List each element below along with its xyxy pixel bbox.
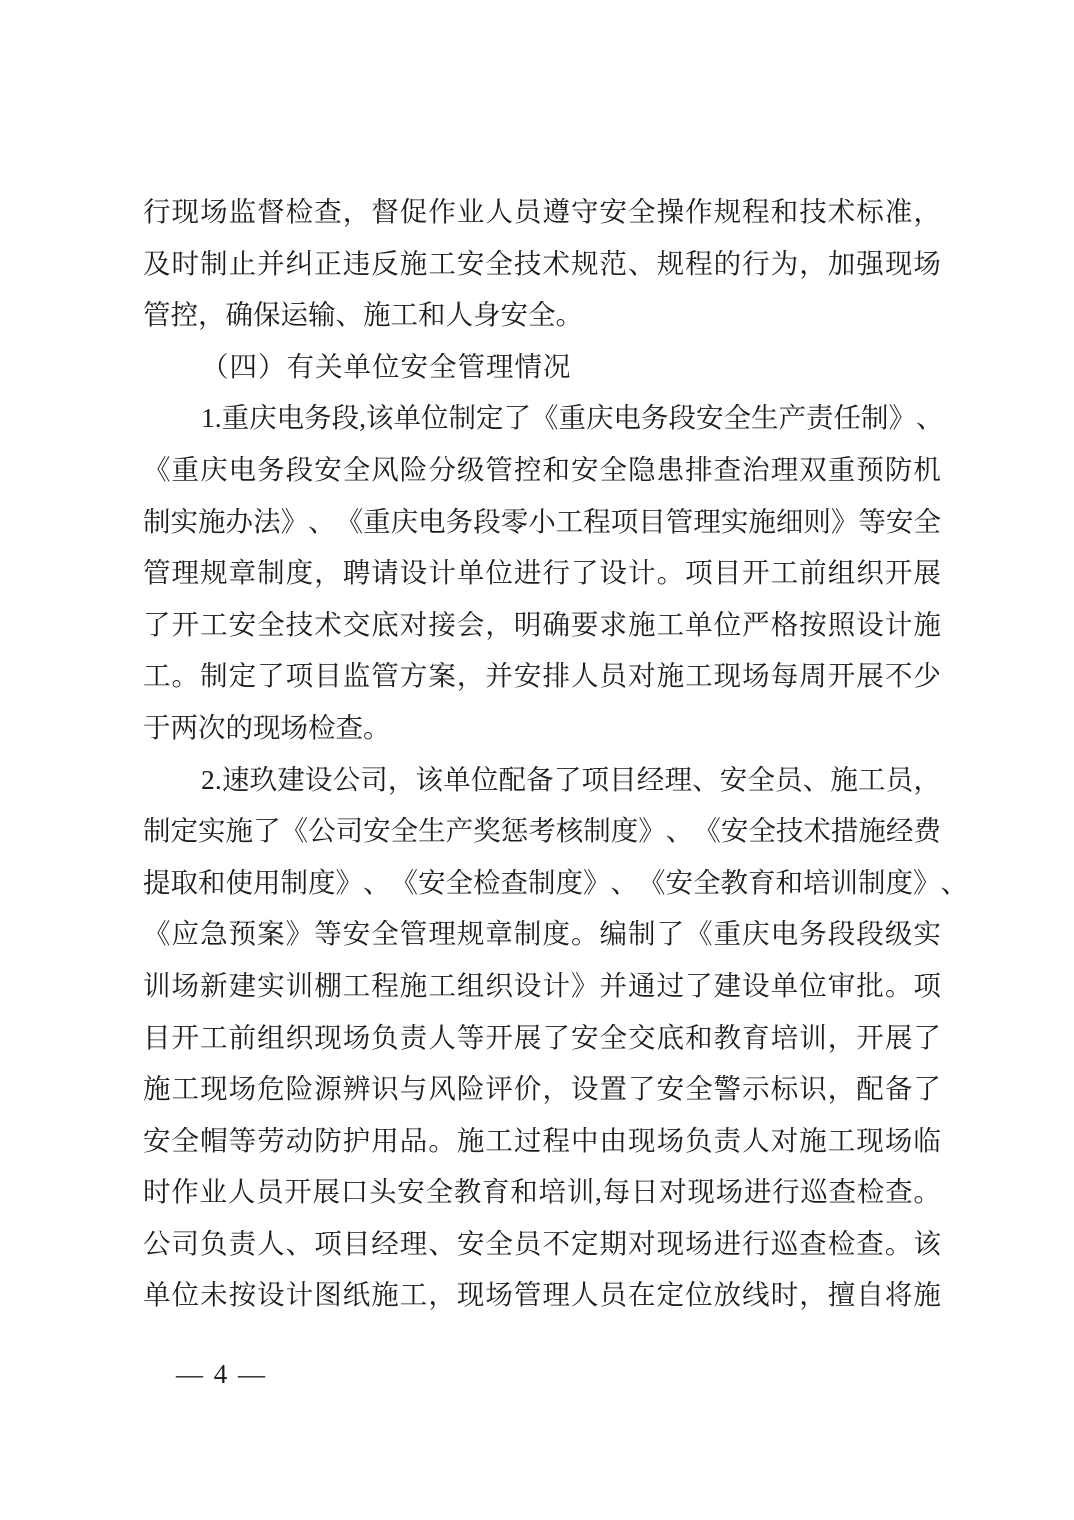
text-line: 2.速玖建设公司，该单位配备了项目经理、安全员、施工员，	[143, 754, 941, 806]
body-text-block: 行现场监督检查，督促作业人员遵守安全操作规程和技术标准，及时制止并纠正违反施工安…	[143, 186, 941, 1321]
text-line: 《应急预案》等安全管理规章制度。编制了《重庆电务段段级实	[143, 908, 941, 960]
text-line: 制定实施了《公司安全生产奖惩考核制度》、《安全技术措施经费	[143, 805, 941, 857]
text-line: 及时制止并纠正违反施工安全技术规范、规程的行为，加强现场	[143, 238, 941, 290]
text-line: 提取和使用制度》、《安全检查制度》、《安全教育和培训制度》、	[143, 857, 941, 909]
text-line: 单位未按设计图纸施工，现场管理人员在定位放线时，擅自将施	[143, 1269, 941, 1321]
text-line: 施工现场危险源辨识与风险评价，设置了安全警示标识，配备了	[143, 1063, 941, 1115]
text-line: 《重庆电务段安全风险分级管控和安全隐患排查治理双重预防机	[143, 444, 941, 496]
text-line: 制实施办法》、《重庆电务段零小工程项目管理实施细则》等安全	[143, 496, 941, 548]
document-page: 行现场监督检查，督促作业人员遵守安全操作规程和技术标准，及时制止并纠正违反施工安…	[0, 0, 1074, 1520]
text-line: 安全帽等劳动防护用品。施工过程中由现场负责人对施工现场临	[143, 1115, 941, 1167]
text-line: 管控，确保运输、施工和人身安全。	[143, 289, 941, 341]
text-line: 公司负责人、项目经理、安全员不定期对现场进行巡查检查。该	[143, 1218, 941, 1270]
page-number: — 4 —	[176, 1356, 267, 1392]
text-line: 行现场监督检查，督促作业人员遵守安全操作规程和技术标准，	[143, 186, 941, 238]
text-line: 目开工前组织现场负责人等开展了安全交底和教育培训，开展了	[143, 1012, 941, 1064]
text-line: 训场新建实训棚工程施工组织设计》并通过了建设单位审批。项	[143, 960, 941, 1012]
text-line: 工。制定了项目监管方案，并安排人员对施工现场每周开展不少	[143, 650, 941, 702]
text-line: 了开工安全技术交底对接会，明确要求施工单位严格按照设计施	[143, 599, 941, 651]
text-line: 时作业人员开展口头安全教育和培训,每日对现场进行巡查检查。	[143, 1166, 941, 1218]
text-line: 1.重庆电务段,该单位制定了《重庆电务段安全生产责任制》、	[143, 392, 941, 444]
text-line: 管理规章制度，聘请设计单位进行了设计。项目开工前组织开展	[143, 547, 941, 599]
section-heading-line: （四）有关单位安全管理情况	[143, 341, 941, 393]
text-line: 于两次的现场检查。	[143, 702, 941, 754]
